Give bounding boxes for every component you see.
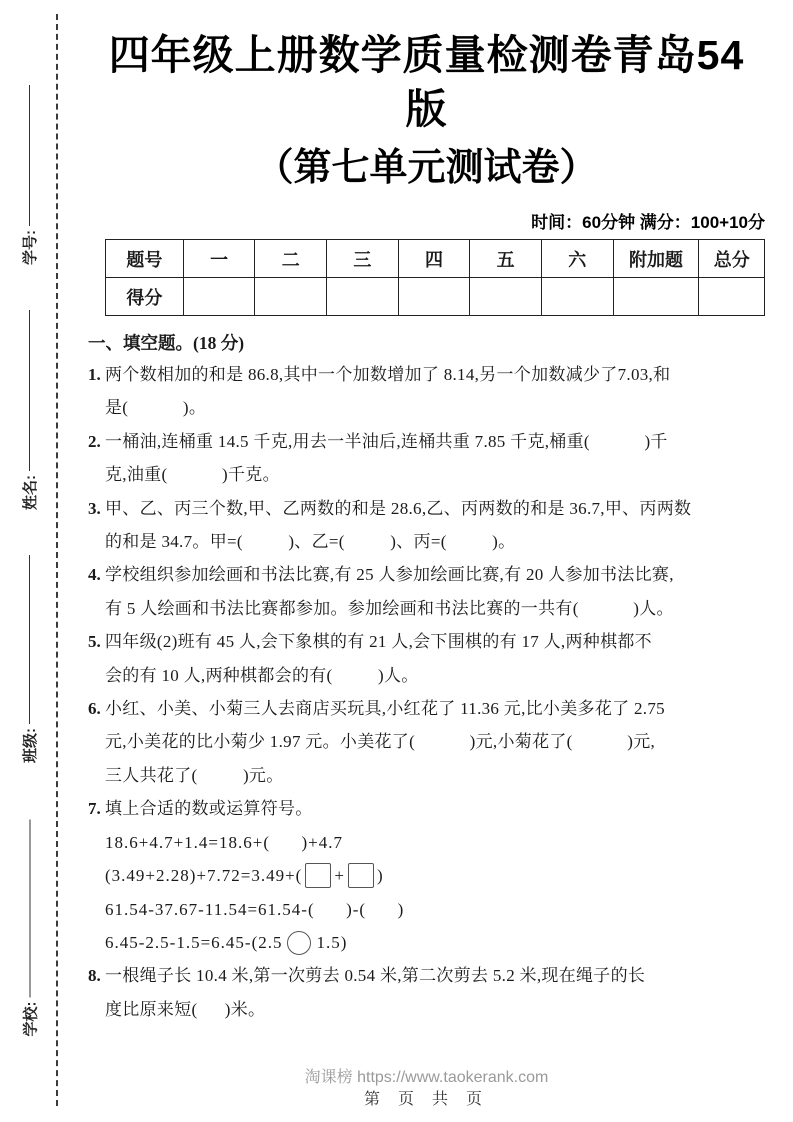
question-number: 7. xyxy=(88,792,101,825)
question-line: 度比原来短( )米。 xyxy=(105,993,765,1026)
answer-box xyxy=(305,863,331,888)
question: 6.小红、小美、小菊三人去商店买玩具,小红花了 11.36 元,比小美多花了 2… xyxy=(88,692,765,792)
score-table-column-header: 一 xyxy=(183,240,255,278)
question-line: 三人共花了( )元。 xyxy=(105,759,765,792)
question-line: 两个数相加的和是 86.8,其中一个加数增加了 8.14,另一个加数减少了7.0… xyxy=(105,358,765,391)
score-cell-empty xyxy=(327,278,399,316)
question-line: 一根绳子长 10.4 米,第一次剪去 0.54 米,第二次剪去 5.2 米,现在… xyxy=(105,959,765,992)
question-line: 小红、小美、小菊三人去商店买玩具,小红花了 11.36 元,比小美多花了 2.7… xyxy=(105,692,765,725)
student-class-field: 班级: xyxy=(17,555,41,763)
question-line: 甲、乙、丙三个数,甲、乙两数的和是 28.6,乙、丙两数的和是 36.7,甲、丙… xyxy=(105,492,765,525)
question-line: 有 5 人绘画和书法比赛都参加。参加绘画和书法比赛的一共有( )人。 xyxy=(105,592,765,625)
equation-line: 18.6+4.7+1.4=18.6+( )+4.7 xyxy=(105,826,765,859)
question-number: 5. xyxy=(88,625,101,658)
student-name-label: 姓名: xyxy=(19,475,40,510)
score-table-score-label: 得分 xyxy=(106,278,184,316)
fold-dashed-line xyxy=(56,14,58,1106)
score-cell-empty xyxy=(613,278,699,316)
question: 7.填上合适的数或运算符号。18.6+4.7+1.4=18.6+( )+4.7(… xyxy=(88,792,765,959)
student-class-label: 班级: xyxy=(19,728,40,763)
question-line: 填上合适的数或运算符号。 xyxy=(105,792,765,825)
score-table-column-header: 四 xyxy=(398,240,470,278)
score-cell-empty xyxy=(541,278,613,316)
student-name-writing-line xyxy=(29,310,30,471)
student-id-field: 学号: xyxy=(17,85,41,265)
page-title: 四年级上册数学质量检测卷青岛54版 xyxy=(88,28,765,136)
question: 5.四年级(2)班有 45 人,会下象棋的有 21 人,会下围棋的有 17 人,… xyxy=(88,625,765,692)
score-table-score-row: 得分 xyxy=(106,278,765,316)
score-table-column-header: 五 xyxy=(470,240,542,278)
score-cell-empty xyxy=(255,278,327,316)
equation-line: 6.45-2.5-1.5=6.45-(2.51.5) xyxy=(105,926,765,959)
score-cell-empty xyxy=(183,278,255,316)
questions: 1.两个数相加的和是 86.8,其中一个加数增加了 8.14,另一个加数减少了7… xyxy=(88,358,765,1026)
question: 2.一桶油,连桶重 14.5 千克,用去一半油后,连桶共重 7.85 千克,桶重… xyxy=(88,425,765,492)
paper-content: 四年级上册数学质量检测卷青岛54版 （第七单元测试卷） 时间：60分钟 满分：1… xyxy=(88,0,765,1026)
student-school-label: 学校: xyxy=(19,1002,40,1037)
question-number: 1. xyxy=(88,358,101,391)
score-table-column-header: 二 xyxy=(255,240,327,278)
question-line: 学校组织参加绘画和书法比赛,有 25 人参加绘画比赛,有 20 人参加书法比赛, xyxy=(105,558,765,591)
question-line: 的和是 34.7。甲=( )、乙=( )、丙=( )。 xyxy=(105,525,765,558)
question: 4.学校组织参加绘画和书法比赛,有 25 人参加绘画比赛,有 20 人参加书法比… xyxy=(88,558,765,625)
answer-box xyxy=(348,863,374,888)
exam-time-info: 时间：60分钟 满分：100+10分 xyxy=(88,208,765,233)
score-table-column-header: 六 xyxy=(541,240,613,278)
question: 8.一根绳子长 10.4 米,第一次剪去 0.54 米,第二次剪去 5.2 米,… xyxy=(88,959,765,1026)
score-table-header-label: 题号 xyxy=(106,240,184,278)
question: 3.甲、乙、丙三个数,甲、乙两数的和是 28.6,乙、丙两数的和是 36.7,甲… xyxy=(88,492,765,559)
question-line: 是( )。 xyxy=(105,391,765,424)
score-cell-empty xyxy=(470,278,542,316)
equation-line: (3.49+2.28)+7.72=3.49+(+) xyxy=(105,859,765,892)
score-table: 题号 一二三四五六附加题总分 得分 xyxy=(105,239,765,316)
page-subtitle: （第七单元测试卷） xyxy=(88,142,765,194)
page-footer: 淘课榜 https://www.taokerank.com 第 页 共 页 xyxy=(88,1068,765,1111)
watermark-site-url: 淘课榜 https://www.taokerank.com xyxy=(88,1068,765,1088)
score-table-column-header: 三 xyxy=(327,240,399,278)
test-paper-page: 学号: 姓名: 班级: 学校: 四年级上册数学质量检测卷青岛54版 （第七单元测… xyxy=(0,0,793,1122)
student-class-writing-line xyxy=(29,555,30,724)
score-cell-empty xyxy=(398,278,470,316)
question-line: 元,小美花的比小菊少 1.97 元。小美花了( )元,小菊花了( )元, xyxy=(105,725,765,758)
student-school-writing-line xyxy=(29,820,30,998)
score-cell-empty xyxy=(699,278,765,316)
question-line: 会的有 10 人,两种棋都会的有( )人。 xyxy=(105,659,765,692)
score-table-column-header: 附加题 xyxy=(613,240,699,278)
score-table-column-header: 总分 xyxy=(699,240,765,278)
page-number-line: 第 页 共 页 xyxy=(88,1089,765,1111)
question-line: 克,油重( )千克。 xyxy=(105,458,765,491)
question-line: 一桶油,连桶重 14.5 千克,用去一半油后,连桶共重 7.85 千克,桶重( … xyxy=(105,425,765,458)
student-name-field: 姓名: xyxy=(17,310,41,510)
question-number: 6. xyxy=(88,692,101,725)
question-number: 4. xyxy=(88,558,101,591)
student-id-label: 学号: xyxy=(19,230,40,265)
equation-line: 61.54-37.67-11.54=61.54-( )-( ) xyxy=(105,893,765,926)
student-school-field: 学校: xyxy=(18,820,42,1037)
operator-circle xyxy=(287,931,311,955)
score-table-header-row: 题号 一二三四五六附加题总分 xyxy=(106,240,765,278)
question-line: 四年级(2)班有 45 人,会下象棋的有 21 人,会下围棋的有 17 人,两种… xyxy=(105,625,765,658)
question: 1.两个数相加的和是 86.8,其中一个加数增加了 8.14,另一个加数减少了7… xyxy=(88,358,765,425)
section-title: 一、填空题。(18 分) xyxy=(88,330,765,356)
question-number: 2. xyxy=(88,425,101,458)
question-number: 3. xyxy=(88,492,101,525)
student-id-writing-line xyxy=(29,85,30,226)
question-number: 8. xyxy=(88,959,101,992)
